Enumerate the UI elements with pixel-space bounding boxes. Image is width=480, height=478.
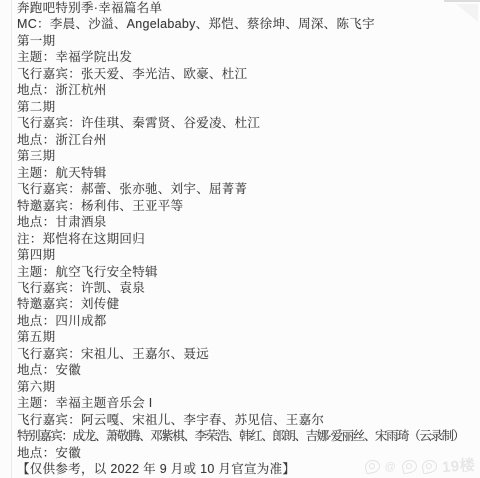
doc-title: 奔跑吧特别季·幸福篇名单: [17, 0, 478, 16]
episode-5-guests: 飞行嘉宾：宋祖儿、王嘉尔、聂远: [17, 346, 478, 362]
episode-4-theme: 主题：航空飞行安全特辑: [17, 264, 478, 280]
cast-list-page: 奔跑吧特别季·幸福篇名单 MC：李晨、沙溢、Angelababy、郑恺、蔡徐坤、…: [0, 0, 480, 478]
episode-6-header: 第六期: [17, 379, 478, 395]
episode-3-header: 第三期: [17, 148, 478, 164]
episode-1-theme: 主题：幸福学院出发: [17, 49, 478, 65]
mc-line: MC：李晨、沙溢、Angelababy、郑恺、蔡徐坤、周深、陈飞宇: [17, 16, 478, 32]
cast-list: 奔跑吧特别季·幸福篇名单 MC：李晨、沙溢、Angelababy、郑恺、蔡徐坤、…: [17, 0, 478, 478]
episode-6-theme: 主题：幸福主题音乐会 I: [17, 395, 478, 411]
episode-1-guests: 飞行嘉宾：张天爱、李光洁、欧豪、杜江: [17, 66, 478, 82]
episode-5-place: 地点：安徽: [17, 362, 478, 378]
episode-2-place: 地点：浙江台州: [17, 132, 478, 148]
episode-6-special-guests: 特别嘉宾：成龙、萧敬腾、邓紫棋、李荣浩、韩红、郎朗、吉娜·爱丽丝、宋雨琦（云录制…: [17, 428, 478, 444]
episode-3-place: 地点：甘肃酒泉: [17, 214, 478, 230]
episode-2-guests: 飞行嘉宾：许佳琪、秦霄贤、谷爱凌、杜江: [17, 115, 478, 131]
episode-3-guests: 飞行嘉宾：郝蕾、张亦驰、刘宇、屈菁菁: [17, 181, 478, 197]
episode-3-theme: 主题：航天特辑: [17, 165, 478, 181]
episode-1-place: 地点：浙江杭州: [17, 82, 478, 98]
episode-2-header: 第二期: [17, 99, 478, 115]
episode-5-header: 第五期: [17, 329, 478, 345]
page-left-border: [11, 0, 12, 478]
episode-6-place: 地点：安徽: [17, 445, 478, 461]
episode-4-header: 第四期: [17, 247, 478, 263]
episode-4-special-guests: 特邀嘉宾：刘传健: [17, 296, 478, 312]
disclaimer-line: 【仅供参考，以 2022 年 9 月或 10 月官宣为准】: [17, 461, 478, 477]
episode-3-special-guests: 特邀嘉宾：杨利伟、王亚平等: [17, 198, 478, 214]
episode-6-guests: 飞行嘉宾：阿云嘎、宋祖儿、李宇春、苏见信、王嘉尔: [17, 412, 478, 428]
episode-3-note: 注：郑恺将在这期回归: [17, 231, 478, 247]
episode-4-guests: 飞行嘉宾：许凯、袁泉: [17, 280, 478, 296]
episode-1-header: 第一期: [17, 33, 478, 49]
episode-4-place: 地点：四川成都: [17, 313, 478, 329]
